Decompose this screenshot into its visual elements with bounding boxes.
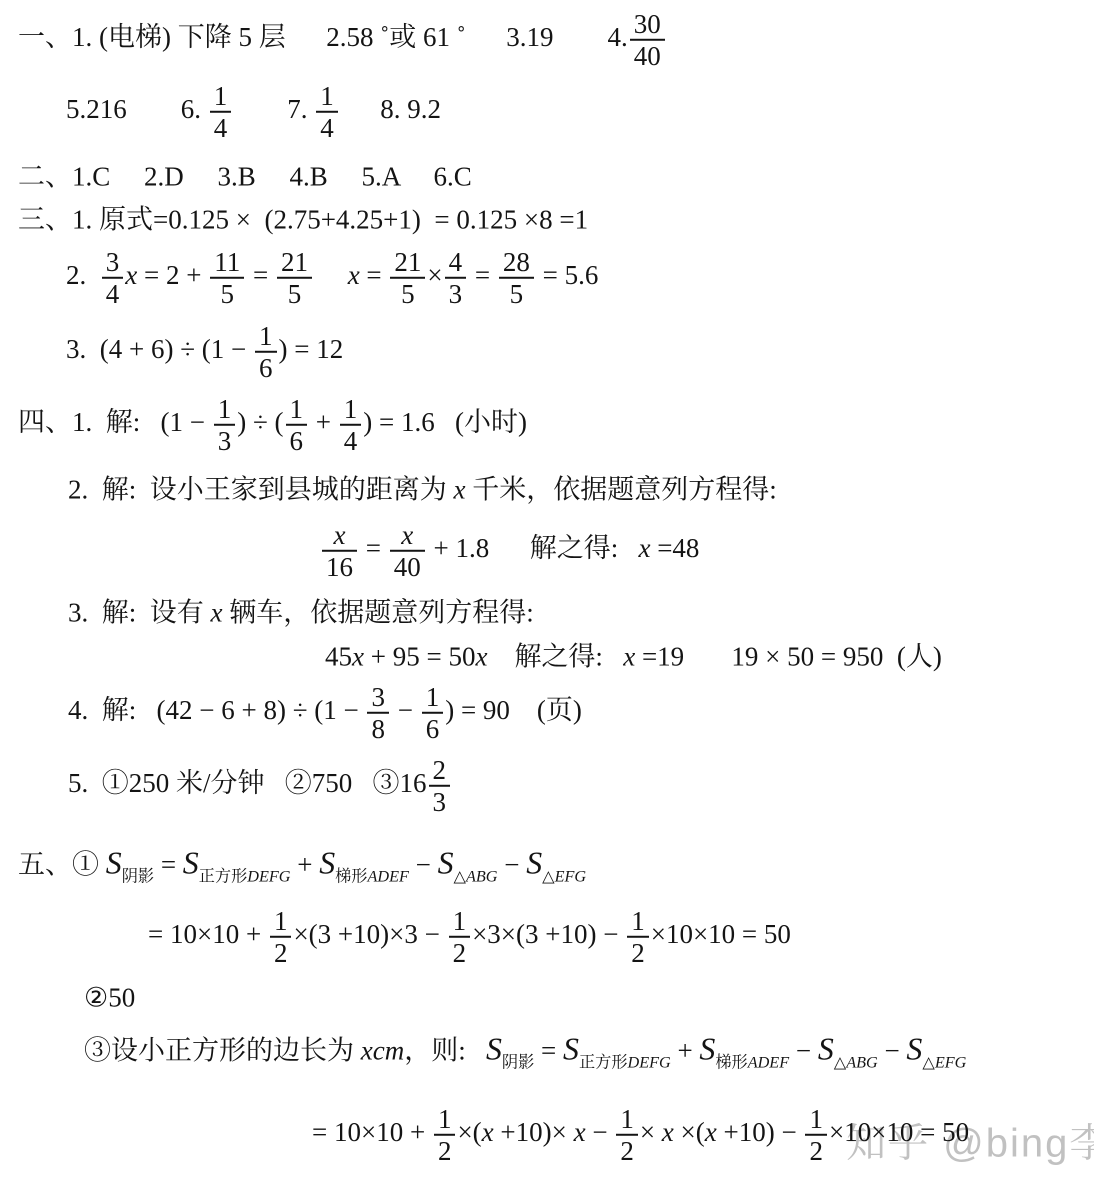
fraction: 13 [214, 394, 236, 456]
text-run: = 5.6 [536, 260, 598, 290]
fraction: 12 [449, 906, 471, 968]
text-run: ) ÷ ( [237, 407, 283, 437]
text-run: ×10×10 = 50 [829, 1117, 969, 1147]
text-run: ×(3 +10)×3 − [293, 919, 446, 949]
fraction: 12 [616, 1104, 638, 1166]
fraction: 14 [340, 394, 362, 456]
text-run: − [586, 1117, 615, 1147]
sec5-part1-calculation: = 10×10 + 12×(3 +10)×3 − 12×3×(3 +10) − … [148, 906, 791, 968]
text-run: 3. 解: 设有 [68, 597, 211, 627]
fraction: 16 [255, 321, 277, 383]
fraction: 34 [102, 247, 124, 309]
fraction: 12 [627, 906, 649, 968]
text-run: ) = 90 (页) [445, 695, 582, 725]
sec2-answers: 二、1.C 2.D 3.B 4.B 5.A 6.C [18, 161, 472, 192]
text-run: ×( [674, 1117, 705, 1147]
text-run: − [497, 850, 526, 880]
text-run: 2. [66, 260, 100, 290]
text-run: × [427, 260, 442, 290]
sec5-part2: ②50 [84, 982, 135, 1013]
math-variable: x [482, 1117, 494, 1147]
text-run: 3. (4 + 6) ÷ (1 − [66, 334, 253, 364]
text-run: ③设小正方形的边长为 [84, 1036, 361, 1066]
text-run: + 1.8 解之得: [427, 533, 639, 563]
sec3-q1: 三、1. 原式=0.125 × (2.75+4.25+1) = 0.125 ×8… [18, 204, 588, 235]
fraction: 16 [422, 682, 444, 744]
fraction: x40 [390, 520, 425, 582]
text-run: 45 [325, 641, 352, 671]
text-run: = 2 + [137, 260, 208, 290]
text-run: 7. [233, 94, 314, 124]
sec4-q1: 四、1. 解: (1 − 13) ÷ (16 + 14) = 1.6 (小时) [18, 394, 527, 456]
text-run: 4. 解: (42 − 6 + 8) ÷ (1 − [68, 695, 365, 725]
text-run: ，则: [404, 1036, 486, 1066]
sec4-q3-setup: 3. 解: 设有 x 辆车，依据题意列方程得: [68, 597, 534, 628]
text-run: = [359, 533, 388, 563]
text-run: ×( [457, 1117, 481, 1147]
text-run: + [290, 850, 319, 880]
math-variable: x [211, 597, 223, 627]
text-run: +10) − [717, 1117, 804, 1147]
sec5-part3-setup: ③设小正方形的边长为 xcm，则: S阴影 = S正方形DEFG + S梯形AD… [84, 1032, 966, 1073]
text-run: = 10×10 + [312, 1117, 432, 1147]
fraction: 16 [286, 394, 308, 456]
text-run [314, 260, 348, 290]
text-run: 五、① [18, 850, 106, 880]
math-variable: x [352, 641, 364, 671]
math-variable: x [125, 260, 137, 290]
text-run: ) = 12 [279, 334, 344, 364]
text-run: ×10×10 = 50 [651, 919, 791, 949]
subscripted-area-symbol: S正方形DEFG [183, 846, 291, 887]
math-variable: x [454, 474, 466, 504]
math-variable: xcm [361, 1036, 404, 1066]
text-run: 5.216 6. [66, 94, 208, 124]
fraction: 3040 [630, 9, 665, 71]
fraction: 12 [805, 1104, 827, 1166]
subscripted-area-symbol: S正方形DEFG [563, 1032, 671, 1073]
math-variable: x [623, 641, 635, 671]
sec3-q3: 3. (4 + 6) ÷ (1 − 16) = 12 [66, 321, 343, 383]
fraction: 14 [316, 81, 338, 143]
subscripted-area-symbol: S阴影 [486, 1032, 534, 1073]
sec5-part3-calculation: = 10×10 + 12×(x +10)× x − 12× x ×(x +10)… [312, 1104, 969, 1166]
fraction: 12 [270, 906, 292, 968]
fraction: 12 [434, 1104, 456, 1166]
fraction: 215 [277, 247, 312, 309]
text-run: =19 19 × 50 = 950 (人) [635, 641, 942, 671]
sec5-part1-formula: 五、① S阴影 = S正方形DEFG + S梯形ADEF − S△ABG − S… [18, 846, 586, 887]
text-run: +10)× [494, 1117, 574, 1147]
math-variable: x [638, 533, 650, 563]
text-run: 四、1. 解: (1 − [18, 407, 212, 437]
subscripted-area-symbol: S梯形ADEF [319, 846, 409, 887]
text-run: 辆车，依据题意列方程得: [223, 597, 534, 627]
fraction: 43 [445, 247, 467, 309]
fraction: 38 [367, 682, 389, 744]
sec1-answers-5to8: 5.216 6. 14 7. 14 8. 9.2 [66, 81, 441, 143]
sec3-q2: 2. 34x = 2 + 115 = 215 x = 215×43 = 285 … [66, 247, 598, 309]
text-run: 解之得: [487, 641, 623, 671]
math-answer-sheet: 知乎 @bing李 一、1. (电梯) 下降 5 层 2.58 ˚或 61 ˚ … [0, 0, 1094, 1190]
fraction: x16 [322, 520, 357, 582]
text-run: − [391, 695, 420, 725]
text-run: = [154, 850, 183, 880]
text-run: 二、1.C 2.D 3.B 4.B 5.A 6.C [18, 161, 472, 191]
text-run: = 10×10 + [148, 919, 268, 949]
text-run: + [671, 1036, 700, 1066]
text-run: + 95 = 50 [364, 641, 475, 671]
fraction: 14 [210, 81, 232, 143]
sec4-q2-setup: 2. 解: 设小王家到县城的距离为 x 千米，依据题意列方程得: [68, 474, 777, 505]
text-run: ②50 [84, 982, 135, 1012]
subscripted-area-symbol: S△EFG [906, 1032, 966, 1073]
sec4-q2-equation: x16 = x40 + 1.8 解之得: x =48 [320, 520, 699, 582]
subscripted-area-symbol: S梯形ADEF [699, 1032, 789, 1073]
fraction: 115 [210, 247, 244, 309]
text-run: − [789, 1036, 818, 1066]
text-run: = [534, 1036, 563, 1066]
text-run: − [878, 1036, 907, 1066]
text-run: 5. ①250 米/分钟 ②750 ③16 [68, 768, 427, 798]
math-variable: x [574, 1117, 586, 1147]
text-run: 8. 9.2 [340, 94, 441, 124]
text-run: = [360, 260, 389, 290]
text-run: 三、1. 原式=0.125 × (2.75+4.25+1) = 0.125 ×8… [18, 204, 588, 234]
text-run: × [640, 1117, 662, 1147]
sec4-q5: 5. ①250 米/分钟 ②750 ③1623 [68, 755, 452, 817]
subscripted-area-symbol: S△ABG [818, 1032, 878, 1073]
text-run: + [309, 407, 338, 437]
text-run: 2. 解: 设小王家到县城的距离为 [68, 474, 454, 504]
subscripted-area-symbol: S△ABG [438, 846, 498, 887]
text-run: 一、1. (电梯) 下降 5 层 2.58 ˚或 61 ˚ 3.19 4. [18, 22, 628, 52]
sec4-q4: 4. 解: (42 − 6 + 8) ÷ (1 − 38 − 16) = 90 … [68, 682, 582, 744]
fraction: 215 [390, 247, 425, 309]
text-run: =48 [650, 533, 699, 563]
text-run: = [246, 260, 275, 290]
subscripted-area-symbol: S△EFG [526, 846, 586, 887]
math-variable: x [475, 641, 487, 671]
text-run: − [409, 850, 438, 880]
text-run: ×3×(3 +10) − [472, 919, 625, 949]
sec1-answers-1to4: 一、1. (电梯) 下降 5 层 2.58 ˚或 61 ˚ 3.19 4.304… [18, 9, 667, 71]
math-variable: x [705, 1117, 717, 1147]
subscripted-area-symbol: S阴影 [106, 846, 154, 887]
text-run: ) = 1.6 (小时) [363, 407, 527, 437]
sec4-q3-equation: 45x + 95 = 50x 解之得: x =19 19 × 50 = 950 … [325, 641, 942, 672]
math-variable: x [662, 1117, 674, 1147]
fraction: 23 [429, 755, 451, 817]
fraction: 285 [499, 247, 534, 309]
text-run: 千米，依据题意列方程得: [466, 474, 777, 504]
math-variable: x [348, 260, 360, 290]
text-run: = [468, 260, 497, 290]
